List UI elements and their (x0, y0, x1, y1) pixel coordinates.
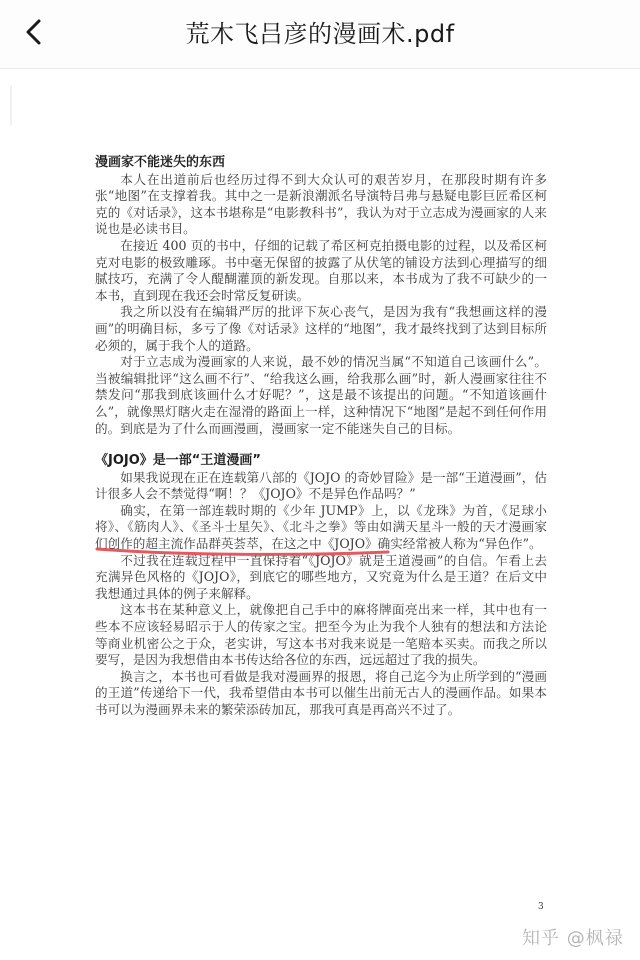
paragraph-highlighted: 不过我在连载过程中一直保持着“《JOJO》就是王道漫画”的自信。乍看上去充满异色… (95, 553, 547, 603)
top-nav-bar: 荒木飞吕彦的漫画术.pdf (0, 0, 640, 69)
pdf-viewer[interactable]: 漫画家不能迷失的东西 本人在出道前后也经历过得不到大众认可的艰苦岁月，在那段时期… (0, 69, 640, 960)
section-gap (95, 437, 547, 453)
paragraph: 我之所以没有在编辑严厉的批评下灰心丧气，是因为我有“我想画这样的漫画”的明确目标… (95, 304, 547, 354)
paragraph: 本人在出道前后也经历过得不到大众认可的艰苦岁月，在那段时期有许多张“地图”在支撑… (95, 172, 547, 238)
paragraph: 对于立志成为漫画家的人来说，最不妙的情况当属“不知道自己该画什么”。当被编辑批评… (95, 354, 547, 437)
paragraph: 如果我说现在正在连载第八部的《JOJO 的奇妙冒险》是一部“王道漫画”，估计很多… (95, 470, 547, 503)
paragraph: 这本书在某种意义上，就像把自己手中的麻将牌面亮出来一样，其中也有一些本不应该轻易… (95, 602, 547, 668)
document-title: 荒木飞吕彦的漫画术.pdf (0, 14, 640, 49)
page-edge (10, 85, 12, 125)
watermark: 知乎 @枫禄 (522, 924, 624, 950)
pdf-page-content: 漫画家不能迷失的东西 本人在出道前后也经历过得不到大众认可的艰苦岁月，在那段时期… (95, 155, 547, 719)
page-number: 3 (538, 902, 544, 912)
paragraph: 换言之，本书也可看做是我对漫画界的报恩，将自己迄今为止所学到的“漫画的王道”传递… (95, 669, 547, 719)
paragraph: 在接近 400 页的书中，仔细的记载了希区柯克拍摄电影的过程，以及希区柯克对电影… (95, 238, 547, 304)
section-heading: 《JOJO》是一部“王道漫画” (95, 453, 547, 470)
paragraph: 确实，在第一部连载时期的《少年 JUMP》上，以《龙珠》为首，《足球小将》、《筋… (95, 503, 547, 553)
section-heading: 漫画家不能迷失的东西 (95, 155, 547, 172)
